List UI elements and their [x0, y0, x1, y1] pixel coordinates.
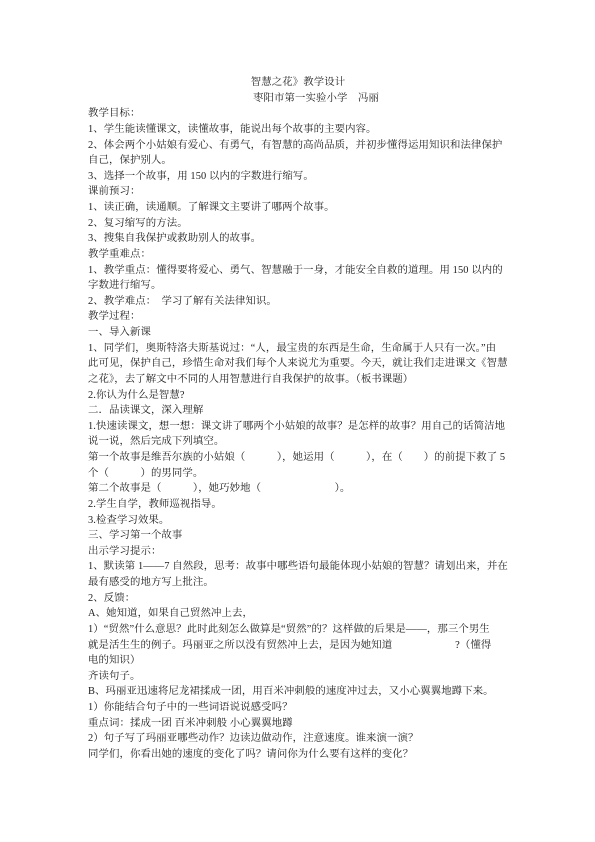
- doc-line: 之花》，去了解文中不同的人用智慧进行自我保护的故事。（板书课题）: [88, 372, 508, 388]
- heading-process: 教学过程：: [88, 309, 508, 325]
- doc-line: 3、选择一个故事，用 150 以内的字数进行缩写。: [88, 169, 508, 185]
- doc-line: 2.学生自学，教师巡视指导。: [88, 497, 508, 513]
- doc-line: 二．品读课文，深入理解: [88, 403, 508, 419]
- doc-line: 第二个故事是（ ），她巧妙地（ ）。: [88, 481, 508, 497]
- doc-line: 2、体会两个小姑娘有爱心、有勇气，有智慧的高尚品质，并初步懂得运用知识和法律保护: [88, 138, 508, 154]
- doc-line: 最有感受的地方写上批注。: [88, 575, 508, 591]
- doc-line: 1、学生能读懂课文，读懂故事，能说出每个故事的主要内容。: [88, 122, 508, 138]
- doc-line: 重点词：揉成一团 百米冲刺般 小心翼翼地蹲: [88, 716, 508, 732]
- doc-line: 3.检查学习效果。: [88, 513, 508, 529]
- doc-line: 一、导入新课: [88, 325, 508, 341]
- document-body: 智慧之花》教学设计枣阳市第一实验小学 冯丽教学目标：1、学生能读懂课文，读懂故事…: [88, 75, 508, 763]
- doc-line: A、她知道，如果自己贸然冲上去，: [88, 606, 508, 622]
- doc-line: 字数进行缩写。: [88, 278, 508, 294]
- doc-line: 同学们，你看出她的速度的变化了吗？请问你为什么要有这样的变化？: [88, 747, 508, 763]
- doc-line: 2）句子写了玛丽亚哪些动作？边读边做动作，注意速度。谁来演一演？: [88, 731, 508, 747]
- doc-line: 2、反馈：: [88, 591, 508, 607]
- doc-line: 1、教学重点：懂得要将爱心、勇气、智慧融于一身，才能安全自救的道理。用 150 …: [88, 263, 508, 279]
- heading-key-points: 教学重难点：: [88, 247, 508, 263]
- doc-line: 第一个故事是维吾尔族的小姑娘（ ），她运用（ ），在（ ）的前提下救了 5: [88, 450, 508, 466]
- heading-preview: 课前预习：: [88, 184, 508, 200]
- heading-objectives: 教学目标：: [88, 106, 508, 122]
- document-page: 智慧之花》教学设计枣阳市第一实验小学 冯丽教学目标：1、学生能读懂课文，读懂故事…: [0, 0, 595, 842]
- doc-line: 自己，保护别人。: [88, 153, 508, 169]
- doc-title: 智慧之花》教学设计: [88, 75, 508, 91]
- doc-line: 2、复习缩写的方法。: [88, 216, 508, 232]
- doc-line: 三、学习第一个故事: [88, 528, 508, 544]
- doc-byline: 枣阳市第一实验小学 冯丽: [88, 91, 508, 107]
- doc-line: 3、搜集自我保护或救助别人的故事。: [88, 231, 508, 247]
- doc-line: 此可见，保护自己，珍惜生命对我们每个人来说尤为重要。今天，就让我们走进课文《智慧: [88, 356, 508, 372]
- doc-line: 1.快速读课文，想一想：课文讲了哪两个小姑娘的故事？是怎样的故事？用自己的话简洁…: [88, 419, 508, 435]
- doc-line: 2.你认为什么是智慧?: [88, 388, 508, 404]
- doc-line: 1、同学们，奥斯特洛夫斯基说过：“人，最宝贵的东西是生命，生命属于人只有一次。”…: [88, 341, 508, 357]
- doc-line: 1、读正确，读通顺。了解课文主要讲了哪两个故事。: [88, 200, 508, 216]
- doc-line: 齐读句子。: [88, 669, 508, 685]
- doc-line: 出示学习提示：: [88, 544, 508, 560]
- doc-line: 个（ ）的男同学。: [88, 466, 508, 482]
- doc-line: 2、教学难点： 学习了解有关法律知识。: [88, 294, 508, 310]
- doc-line: B、玛丽亚迅速将尼龙裙揉成一团，用百米冲刺般的速度冲过去，又小心翼翼地蹲下来。: [88, 684, 508, 700]
- doc-line: 1）你能结合句子中的一些词语说说感受吗？: [88, 700, 508, 716]
- doc-line: 就是活生生的例子。玛丽亚之所以没有贸然冲上去，是因为她知道 ?（懂得: [88, 638, 508, 654]
- doc-line: 1）“贸然”什么意思？此时此刻怎么做算是“贸然”的？这样做的后果是——，那三个男…: [88, 622, 508, 638]
- doc-line: 说一说，然后完成下列填空。: [88, 434, 508, 450]
- doc-line: 1、默读第 1——7 自然段，思考：故事中哪些语句最能体现小姑娘的智慧？请划出来…: [88, 559, 508, 575]
- doc-line: 电的知识）: [88, 653, 508, 669]
